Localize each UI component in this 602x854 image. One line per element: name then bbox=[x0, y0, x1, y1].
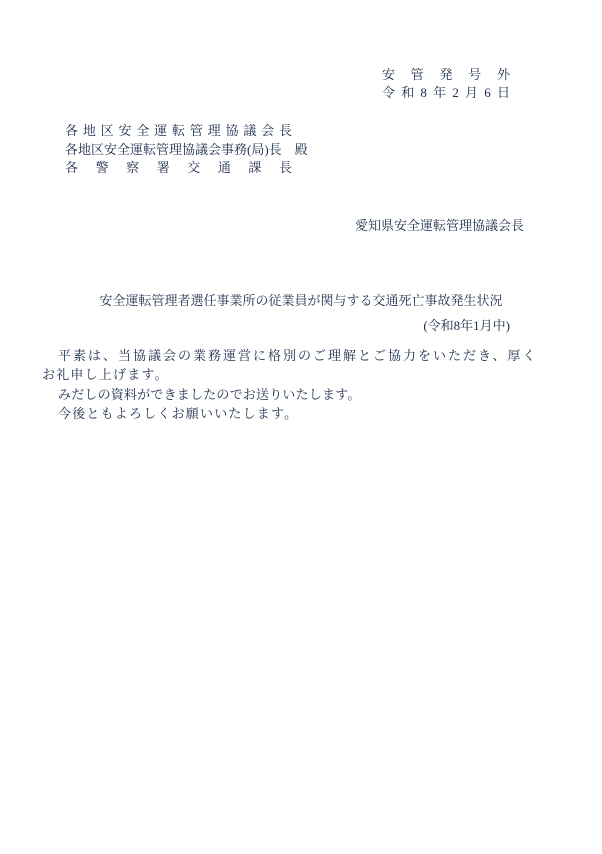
recipient-row: 各警察署交通課長 bbox=[65, 159, 308, 178]
recipient-row: 各地区安全運転管理協議会長 bbox=[65, 122, 308, 141]
recipient-name: 各地区安全運転管理協議会事務(局)長 bbox=[65, 141, 282, 160]
honorific-label: 殿 bbox=[295, 141, 308, 160]
recipient-name: 各警察署交通課長 bbox=[65, 159, 292, 178]
subject-title: 安全運転管理者選任事業所の従業員が関与する交通死亡事故発生状況 bbox=[0, 292, 602, 311]
doc-date: 令和8年2月6日 bbox=[382, 84, 510, 102]
letter-body: 平素は、当協議会の業務運営に格別のご理解とご協力をいただき、厚く お礼申し上げま… bbox=[42, 346, 537, 424]
letter-page: 安管発号外 令和8年2月6日 各地区安全運転管理協議会長 各地区安全運転管理協議… bbox=[0, 0, 602, 854]
subject-period: (令和8年1月中) bbox=[423, 317, 510, 336]
doc-number: 安管発号外 bbox=[382, 66, 510, 84]
recipient-list: 各地区安全運転管理協議会長 各地区安全運転管理協議会事務(局)長殿 各警察署交通… bbox=[65, 122, 308, 178]
body-line: みだしの資料ができましたのでお送りいたします。 bbox=[42, 385, 537, 404]
sender-name: 愛知県安全運転管理協議会長 bbox=[355, 217, 524, 236]
recipient-row: 各地区安全運転管理協議会事務(局)長殿 bbox=[65, 141, 308, 160]
body-line: 平素は、当協議会の業務運営に格別のご理解とご協力をいただき、厚く bbox=[42, 346, 537, 365]
body-line: 今後ともよろしくお願いいたします。 bbox=[42, 404, 537, 423]
doc-number-block: 安管発号外 令和8年2月6日 bbox=[382, 66, 510, 101]
recipient-name: 各地区安全運転管理協議会長 bbox=[65, 122, 292, 141]
body-line: お礼申し上げます。 bbox=[42, 365, 537, 384]
